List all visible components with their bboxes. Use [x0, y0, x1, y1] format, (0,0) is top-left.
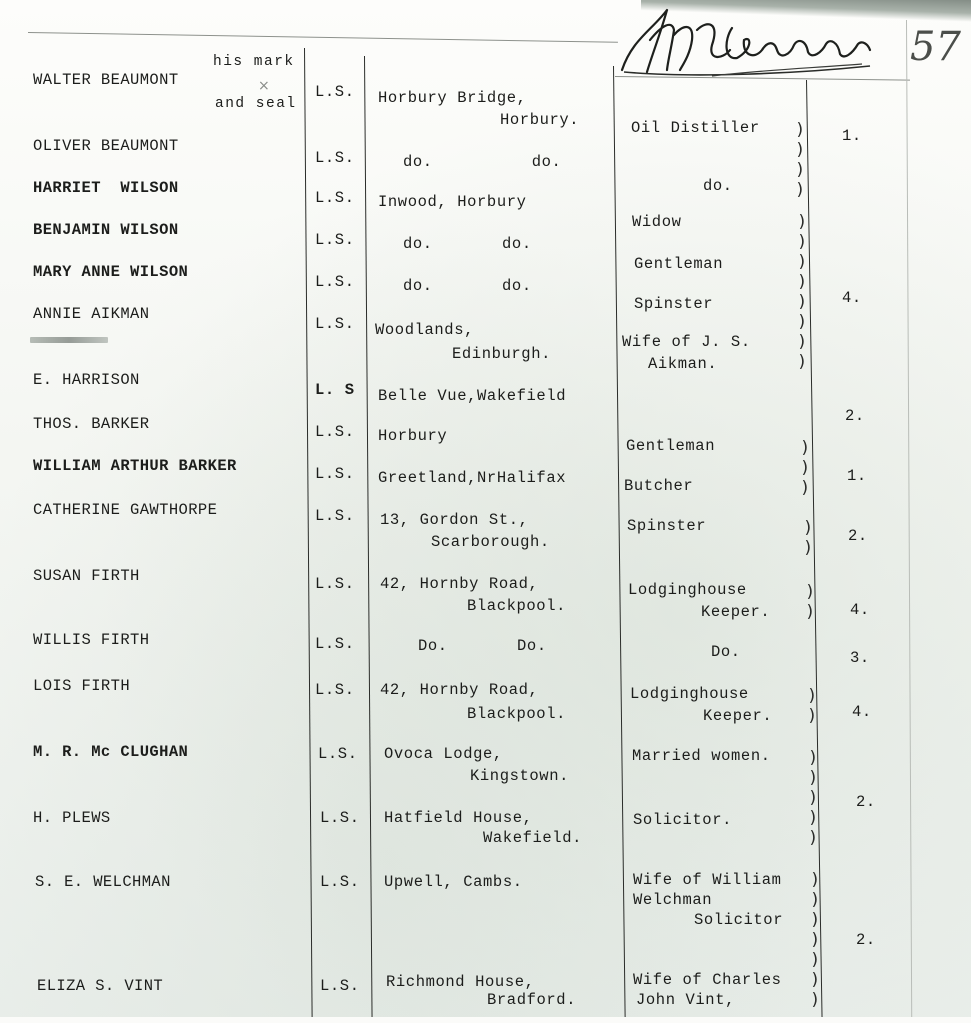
row-description-line1: Wife of Charles — [633, 970, 782, 990]
annotation-and-seal: and seal — [215, 96, 297, 112]
row-shares: 4. — [842, 288, 862, 308]
row-address-line2: Wakefield. — [483, 828, 582, 848]
row-name: ANNIE AIKMAN — [33, 304, 149, 324]
row-address-line1: 42, Hornby Road, — [380, 680, 538, 700]
row-seal: L.S. — [315, 680, 355, 700]
row-seal: L.S. — [318, 744, 358, 764]
row-name: M. R. Mc CLUGHAN — [33, 742, 188, 762]
row-shares: 1. — [847, 466, 867, 486]
row-seal: L.S. — [315, 464, 355, 484]
row-shares: 2. — [848, 526, 868, 546]
row-seal: L.S. — [315, 188, 355, 208]
row-name: LOIS FIRTH — [33, 676, 130, 696]
row-name: E. HARRISON — [33, 370, 140, 390]
margin-line — [906, 20, 912, 1023]
row-description-line2: John Vint, — [636, 990, 735, 1010]
cross-mark-icon: × — [258, 78, 270, 94]
row-name: SUSAN FIRTH — [33, 566, 140, 586]
row-seal: L.S. — [315, 82, 355, 102]
row-description: Butcher — [624, 476, 693, 496]
row-name: S. E. WELCHMAN — [35, 872, 171, 892]
row-address-line2: Edinburgh. — [452, 344, 551, 364]
row-name: CATHERINE GAWTHORPE — [33, 500, 217, 520]
row-name: ELIZA S. VINT — [37, 976, 163, 996]
handwritten-signature — [612, 0, 882, 80]
struck-out-smudge — [30, 337, 108, 343]
row-address-line1: do. do. — [403, 152, 561, 172]
row-description: Gentleman — [626, 436, 715, 456]
row-description-line1: Lodginghouse — [628, 580, 747, 600]
column-line-address-left — [364, 56, 373, 1023]
row-description: Widow — [632, 212, 682, 232]
row-seal: L.S. — [315, 506, 355, 526]
row-shares: 2. — [856, 930, 876, 950]
row-seal: L.S. — [315, 272, 355, 292]
row-description-line1: Lodginghouse — [630, 684, 749, 704]
brace-icon: )))))))) — [797, 212, 807, 372]
row-name: BENJAMIN WILSON — [33, 220, 179, 240]
brace-icon: )))) — [795, 120, 805, 200]
row-address-line1: Hatfield House, — [384, 808, 533, 828]
row-description-line2: Keeper. — [701, 602, 770, 622]
row-description-line3: Solicitor — [694, 910, 783, 930]
row-address-line2: Scarborough. — [431, 532, 550, 552]
row-address-line1: Upwell, Cambs. — [384, 872, 523, 892]
row-description: do. — [703, 176, 733, 196]
row-seal: L.S. — [315, 230, 355, 250]
row-name: WALTER BEAUMONT — [33, 70, 179, 90]
row-name: THOS. BARKER — [33, 414, 149, 434]
row-description: Married women. — [632, 746, 771, 766]
row-address-line2: Blackpool. — [467, 596, 566, 616]
scanned-document-page: 57 his mark × and seal WALTER BEAUMONT L… — [0, 0, 971, 1023]
row-name: WILLIS FIRTH — [33, 630, 149, 650]
row-name: WILLIAM ARTHUR BARKER — [33, 456, 237, 476]
row-address-line1: Horbury — [378, 426, 447, 446]
row-shares: 1. — [842, 126, 862, 146]
row-address-line2: Horbury. — [500, 110, 579, 130]
row-seal: L.S. — [315, 574, 355, 594]
row-shares: 2. — [856, 792, 876, 812]
row-address-line2: Bradford. — [487, 990, 576, 1010]
row-seal: L.S. — [315, 422, 355, 442]
row-shares: 4. — [850, 600, 870, 620]
row-description: Spinster — [627, 516, 706, 536]
page-bottom-edge — [0, 1017, 971, 1023]
row-description-line1: Wife of J. S. — [622, 332, 751, 352]
row-name: MARY ANNE WILSON — [33, 262, 188, 282]
annotation-his-mark: his mark — [213, 54, 295, 70]
row-name: HARRIET WILSON — [33, 178, 179, 198]
column-line-seal-left — [304, 48, 313, 1023]
row-address-line1: 42, Hornby Road, — [380, 574, 538, 594]
row-description: Oil Distiller — [631, 118, 760, 138]
row-address-line1: do. do. — [403, 234, 532, 254]
row-description: Do. — [711, 642, 741, 662]
row-description-line2: Aikman. — [648, 354, 717, 374]
brace-icon: )) — [803, 518, 813, 558]
column-line-description-left — [613, 66, 626, 1023]
row-description-line1: Wife of William — [633, 870, 782, 890]
row-description: Spinster — [634, 294, 713, 314]
row-address-line1: Inwood, Horbury — [378, 192, 527, 212]
row-shares: 4. — [852, 702, 872, 722]
row-name: OLIVER BEAUMONT — [33, 136, 179, 156]
row-address-line1: Belle Vue,Wakefield — [378, 386, 566, 406]
row-address-line1: Ovoca Lodge, — [384, 744, 503, 764]
row-seal: L.S. — [320, 872, 360, 892]
row-address-line1: Greetland,NrHalifax — [378, 468, 566, 488]
row-shares: 3. — [850, 648, 870, 668]
row-address-line1: Do. Do. — [418, 636, 547, 656]
brace-icon: )) — [805, 582, 815, 622]
brace-icon: ))))) — [808, 748, 818, 848]
row-seal: L.S. — [315, 314, 355, 334]
page-number: 57 — [910, 24, 961, 70]
brace-icon: ))) — [800, 438, 810, 498]
row-seal: L.S. — [315, 148, 355, 168]
row-description-line2: Welchman — [633, 890, 712, 910]
row-address-line1: do. do. — [403, 276, 532, 296]
top-rule — [28, 32, 618, 43]
row-seal: L. S — [315, 380, 355, 400]
row-seal: L.S. — [320, 808, 360, 828]
row-address-line2: Blackpool. — [467, 704, 566, 724]
row-description-line2: Keeper. — [703, 706, 772, 726]
row-address-line1: 13, Gordon St., — [380, 510, 529, 530]
row-address-line1: Woodlands, — [375, 320, 474, 340]
row-description: Gentleman — [634, 254, 723, 274]
row-description: Solicitor. — [633, 810, 732, 830]
row-address-line1: Horbury Bridge, — [378, 88, 527, 108]
row-address-line2: Kingstown. — [470, 766, 569, 786]
brace-icon: )) — [807, 686, 817, 726]
row-address-line1: Richmond House, — [386, 972, 535, 992]
row-seal: L.S. — [320, 976, 360, 996]
row-name: H. PLEWS — [33, 808, 111, 828]
brace-icon: ))))))) — [810, 870, 820, 1010]
row-shares: 2. — [845, 406, 865, 426]
row-seal: L.S. — [315, 634, 355, 654]
